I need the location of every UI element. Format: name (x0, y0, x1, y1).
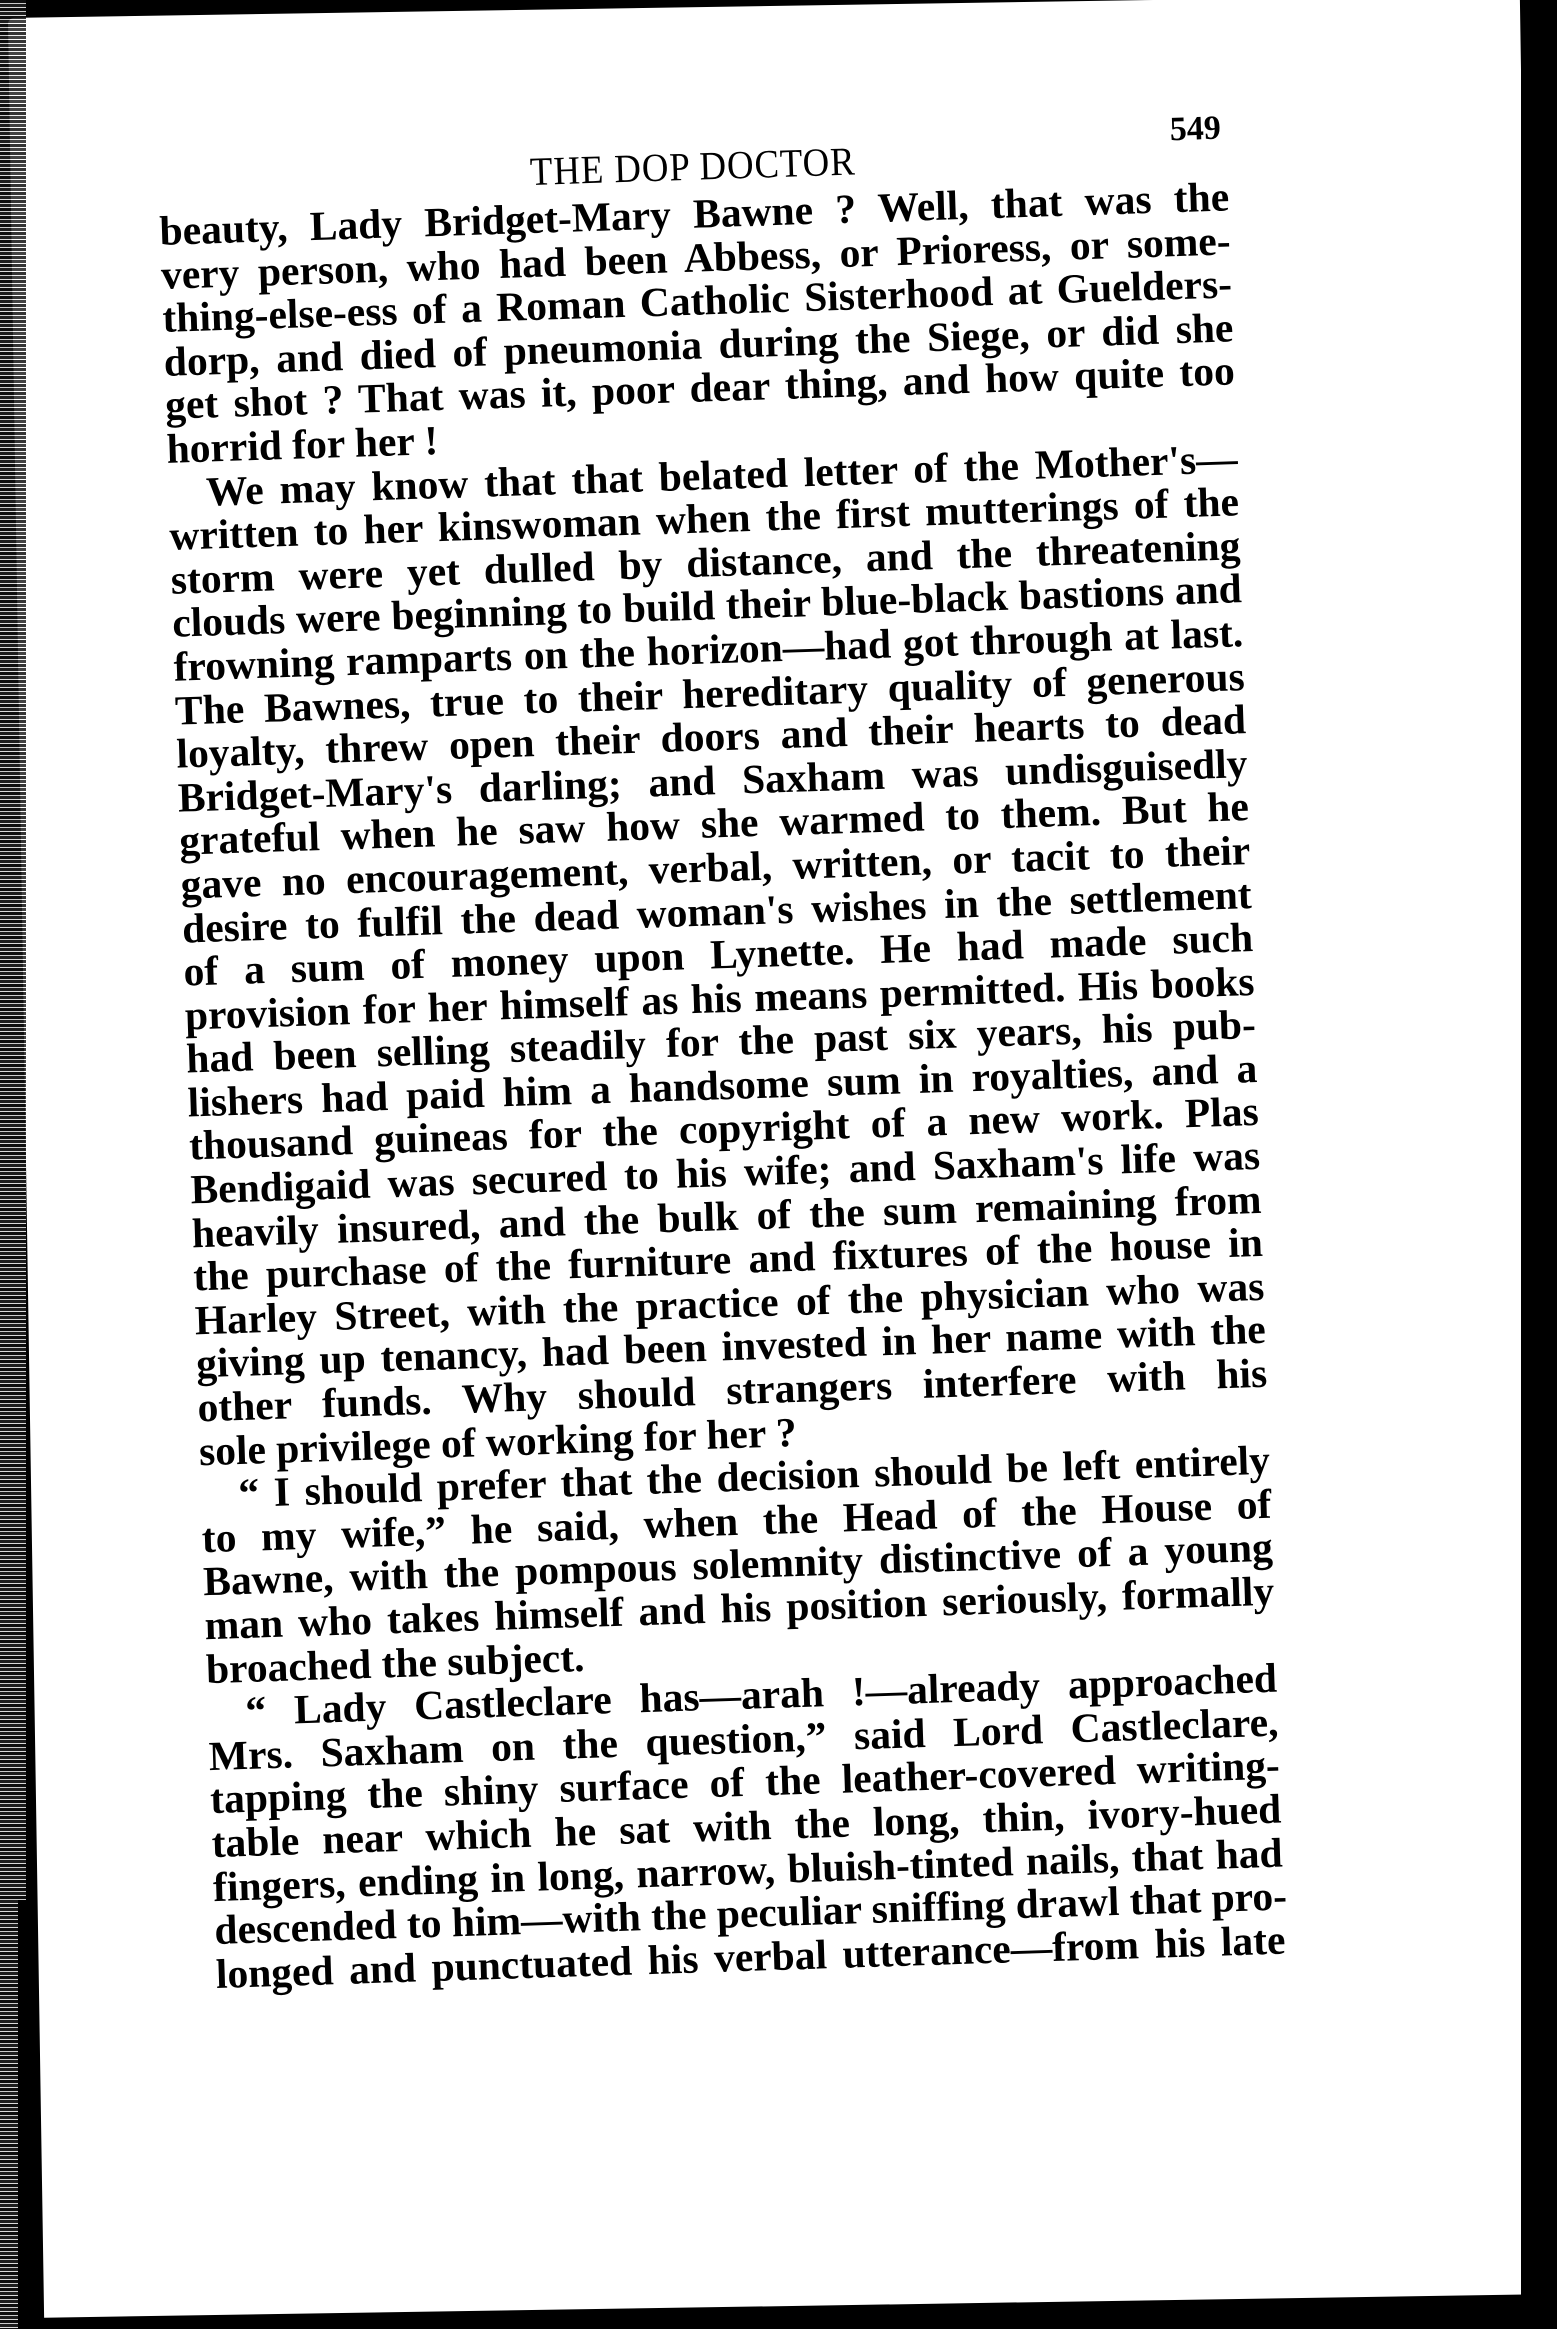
page-edge-right (1521, 0, 1557, 2329)
page-number: 549 (1169, 110, 1221, 150)
body-text: beauty, Lady Bridget-Mary Bawne ? Well, … (159, 175, 1286, 1996)
page-content: THE DOP DOCTOR 549 beauty, Lady Bridget-… (156, 85, 1286, 1996)
page-edge-shadow (18, 1900, 26, 2329)
